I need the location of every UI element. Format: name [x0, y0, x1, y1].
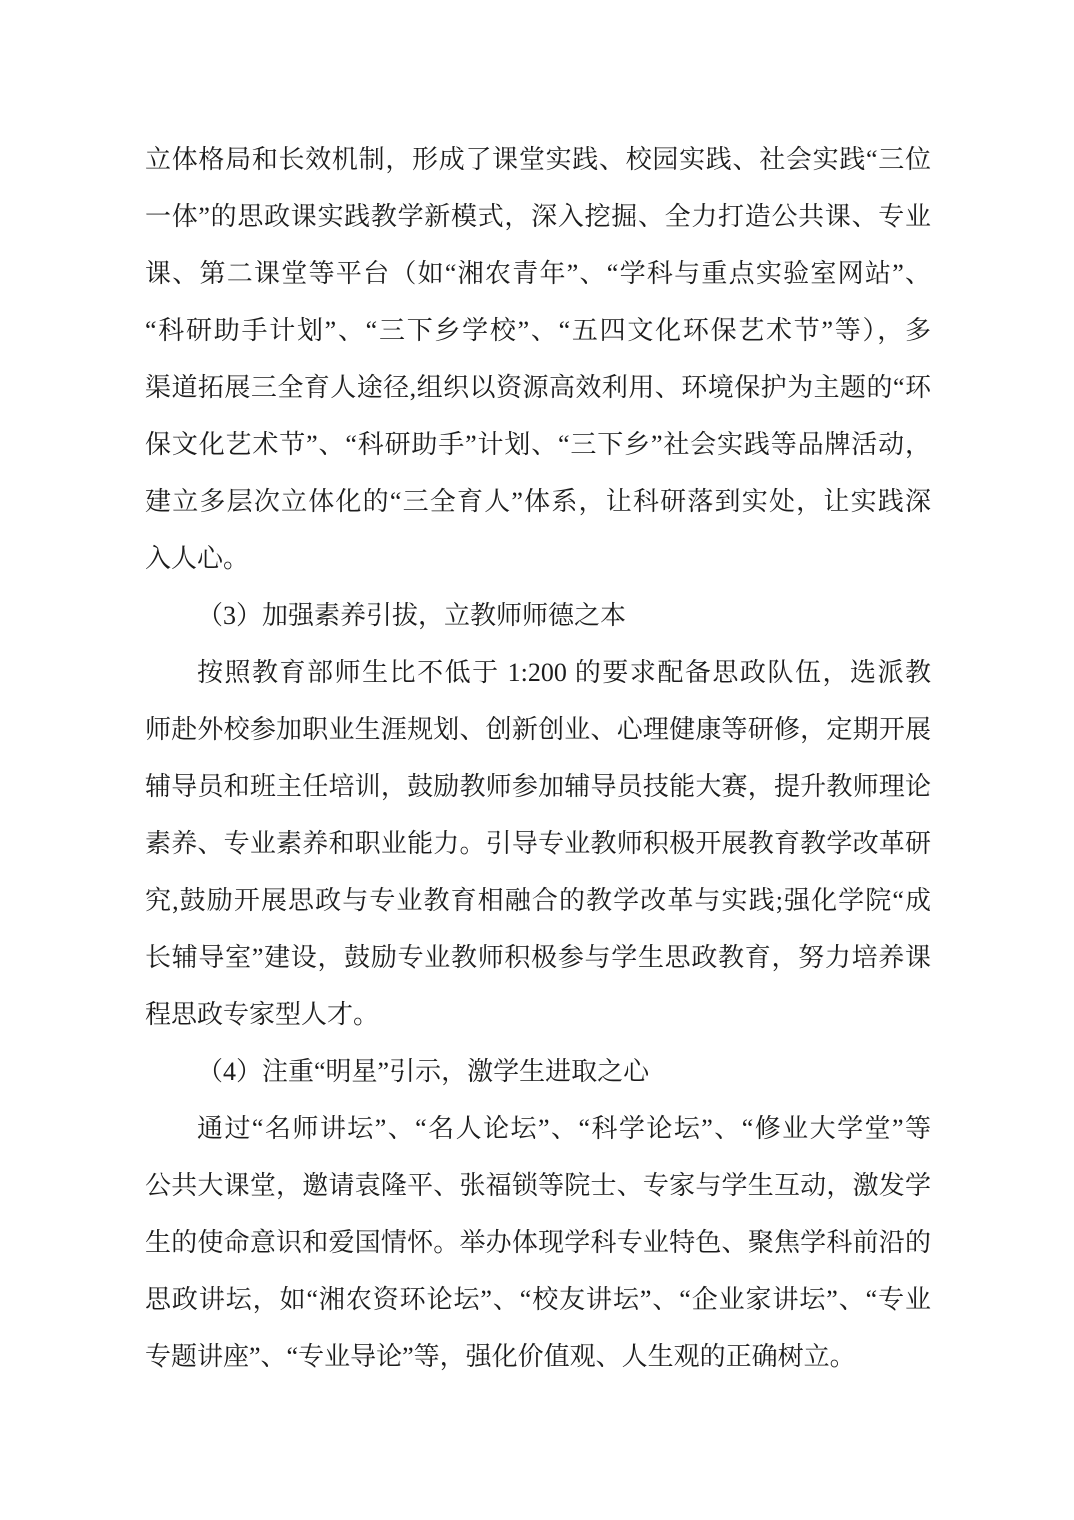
paragraph-line: 程思政专家型人才。 — [145, 986, 931, 1043]
paragraph-line: 思政讲坛，如“湘农资环论坛”、“校友讲坛”、“企业家讲坛”、“专业 — [145, 1271, 931, 1328]
section-heading-4: （4）注重“明星”引示，激学生进取之心 — [145, 1043, 931, 1100]
paragraph-line: 素养、专业素养和职业能力。引导专业教师积极开展教育教学改革研 — [145, 815, 931, 872]
paragraph-line: 一体”的思政课实践教学新模式，深入挖掘、全力打造公共课、专业 — [145, 188, 931, 245]
paragraph-line: 通过“名师讲坛”、“名人论坛”、“科学论坛”、“修业大学堂”等 — [145, 1100, 931, 1157]
paragraph-line: 公共大课堂，邀请袁隆平、张福锁等院士、专家与学生互动，激发学 — [145, 1157, 931, 1214]
paragraph-line: 专题讲座”、“专业导论”等，强化价值观、人生观的正确树立。 — [145, 1328, 931, 1385]
paragraph-line: 入人心。 — [145, 530, 931, 587]
paragraph-line: 立体格局和长效机制，形成了课堂实践、校园实践、社会实践“三位 — [145, 131, 931, 188]
paragraph-line: 辅导员和班主任培训，鼓励教师参加辅导员技能大赛，提升教师理论 — [145, 758, 931, 815]
paragraph-line: 课、第二课堂等平台（如“湘农青年”、“学科与重点实验室网站”、 — [145, 245, 931, 302]
paragraph-line: 生的使命意识和爱国情怀。举办体现学科专业特色、聚焦学科前沿的 — [145, 1214, 931, 1271]
paragraph-line: 按照教育部师生比不低于 1:200 的要求配备思政队伍，选派教 — [145, 644, 931, 701]
paragraph-line: 长辅导室”建设，鼓励专业教师积极参与学生思政教育，努力培养课 — [145, 929, 931, 986]
paragraph-line: 师赴外校参加职业生涯规划、创新创业、心理健康等研修，定期开展 — [145, 701, 931, 758]
section-heading-3: （3）加强素养引拔，立教师师德之本 — [145, 587, 931, 644]
paragraph-line: 保文化艺术节”、“科研助手”计划、“三下乡”社会实践等品牌活动， — [145, 416, 931, 473]
document-page: 立体格局和长效机制，形成了课堂实践、校园实践、社会实践“三位 一体”的思政课实践… — [0, 0, 1074, 1520]
paragraph-line: “科研助手计划”、“三下乡学校”、“五四文化环保艺术节”等），多 — [145, 302, 931, 359]
paragraph-line: 渠道拓展三全育人途径,组织以资源高效利用、环境保护为主题的“环 — [145, 359, 931, 416]
paragraph-line: 建立多层次立体化的“三全育人”体系，让科研落到实处，让实践深 — [145, 473, 931, 530]
text-block: 立体格局和长效机制，形成了课堂实践、校园实践、社会实践“三位 一体”的思政课实践… — [145, 131, 931, 1385]
paragraph-line: 究,鼓励开展思政与专业教育相融合的教学改革与实践;强化学院“成 — [145, 872, 931, 929]
